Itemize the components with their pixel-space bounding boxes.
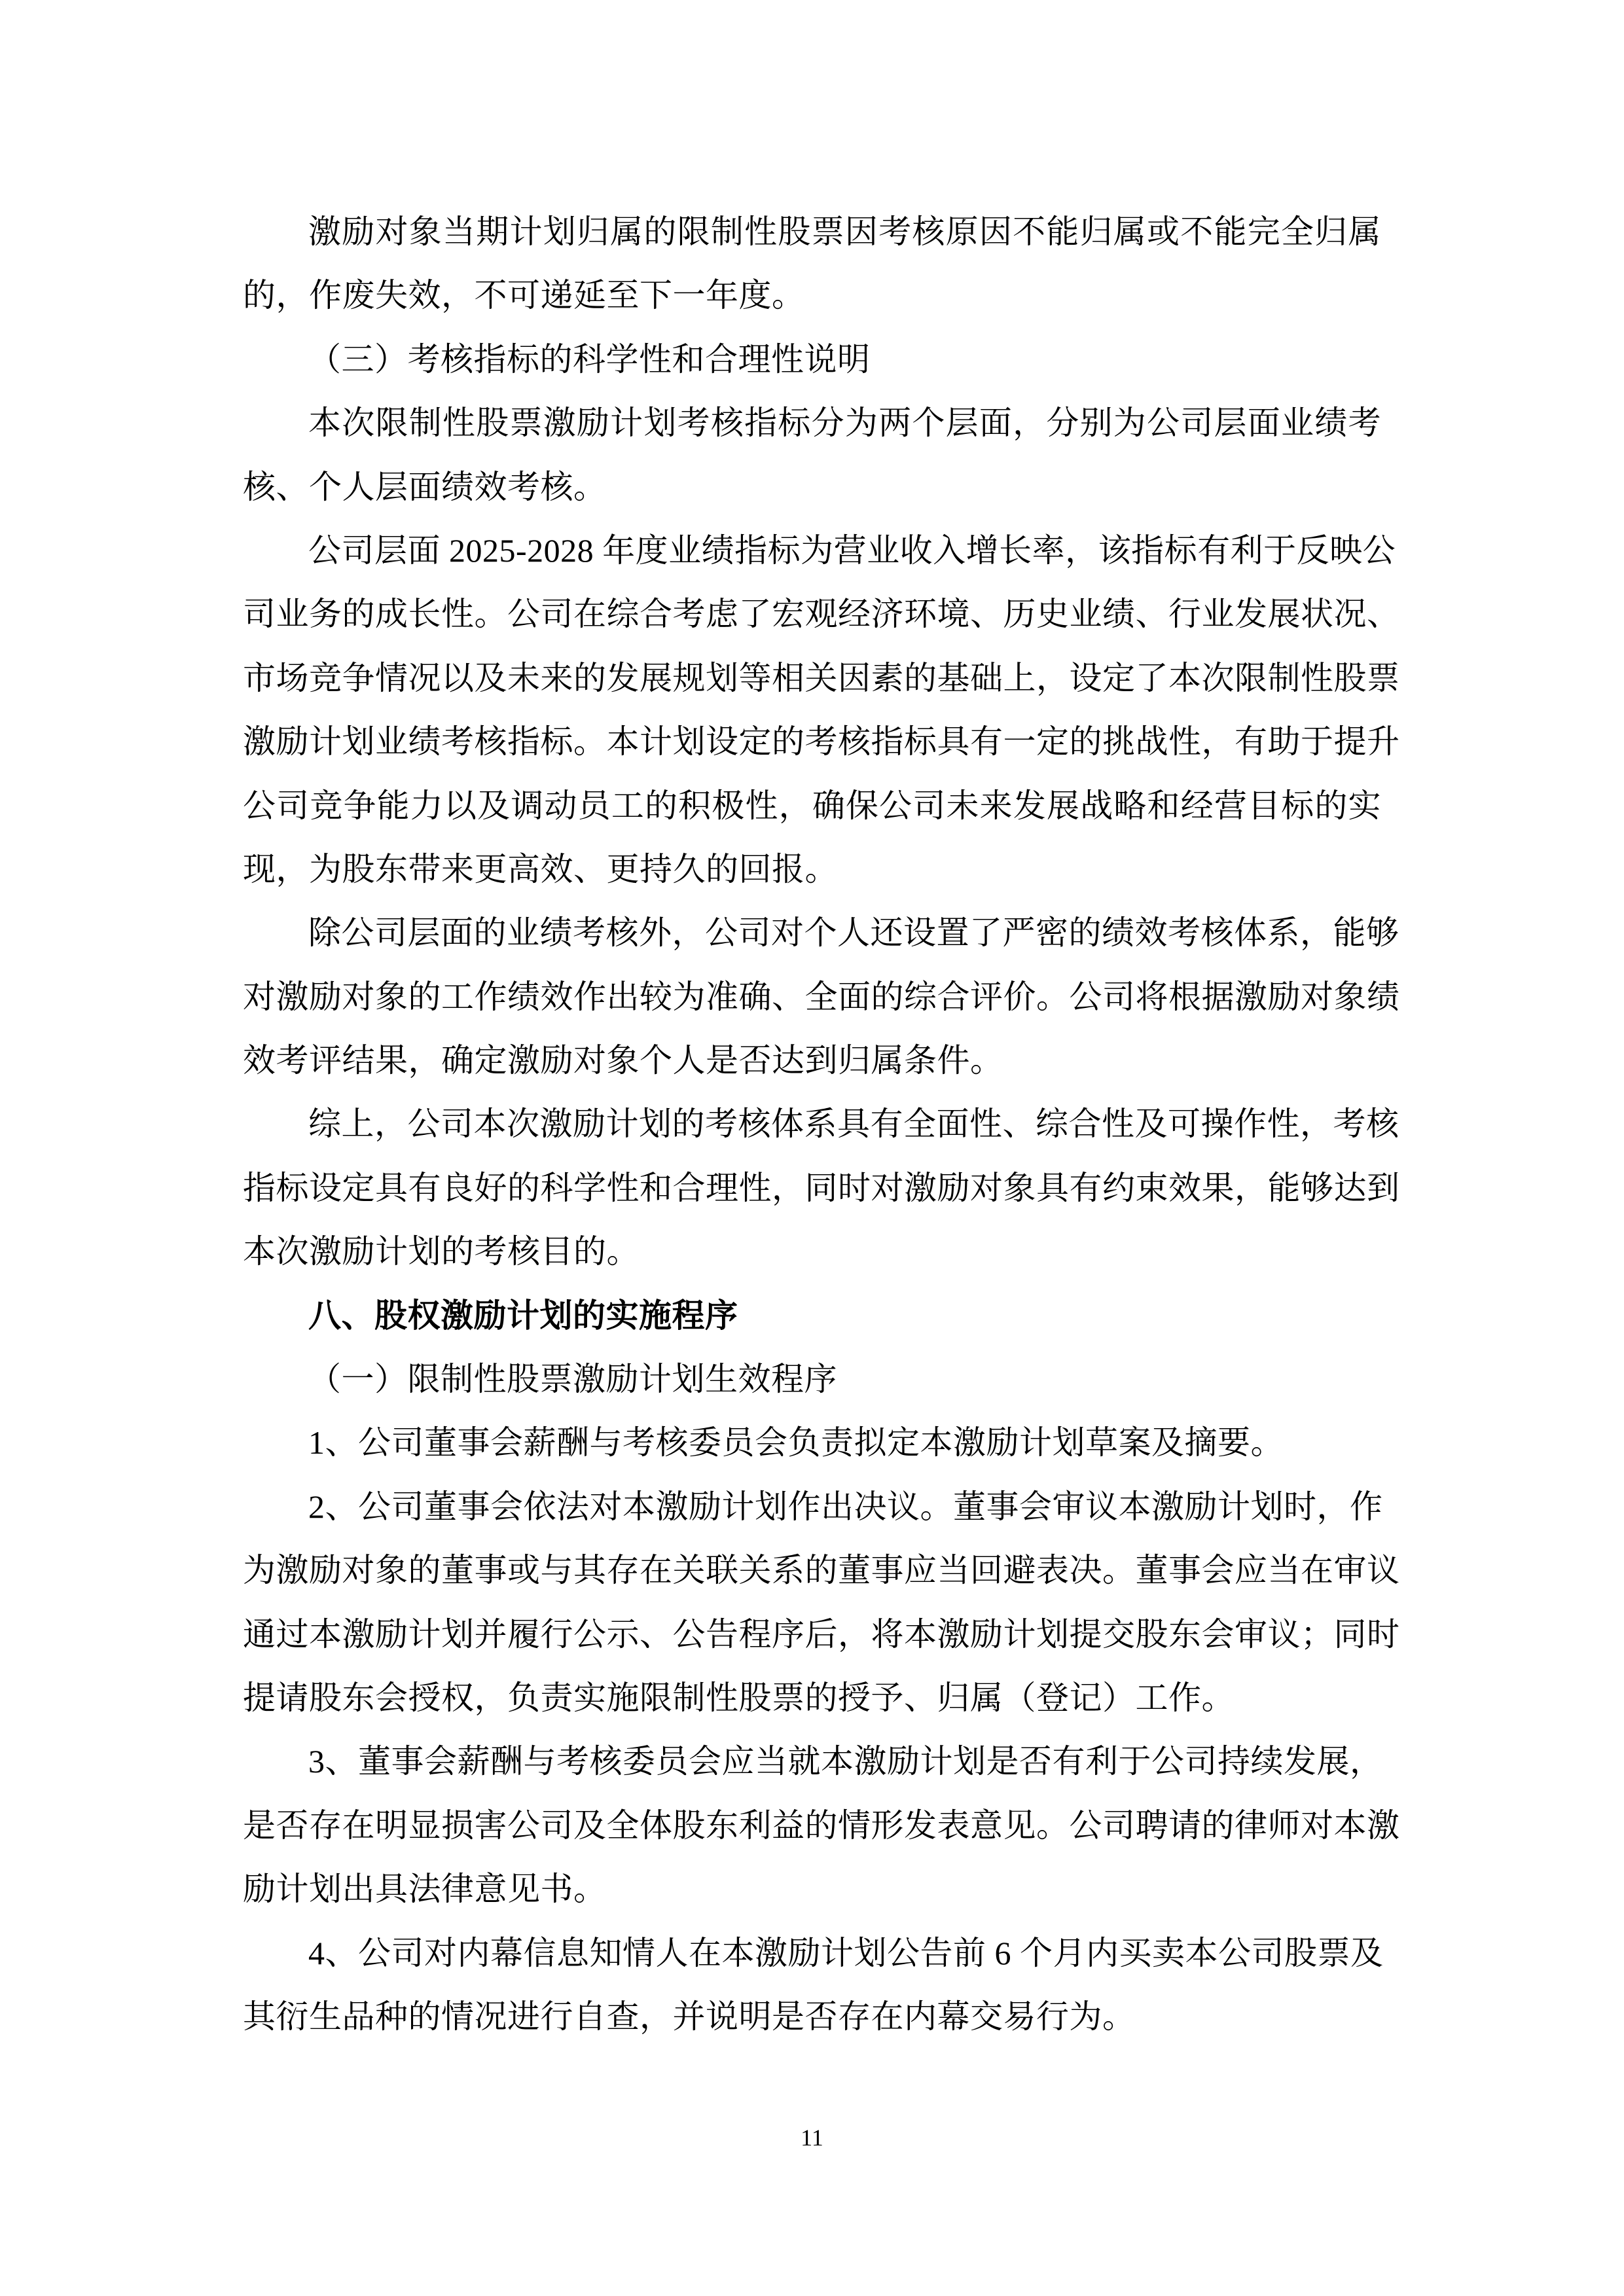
paragraph-line: 激励对象当期计划归属的限制性股票因考核原因不能归属或不能完全归属 [243,200,1381,264]
paragraph-line: 除公司层面的业绩考核外，公司对个人还设置了严密的绩效考核体系，能够 [243,901,1381,965]
paragraph-line: 的，作废失效，不可递延至下一年度。 [243,264,1381,327]
subsection-heading: （三）考核指标的科学性和合理性说明 [243,328,1381,391]
document-page: 激励对象当期计划归属的限制性股票因考核原因不能归属或不能完全归属 的，作废失效，… [0,0,1624,2296]
list-item-line: 通过本激励计划并履行公示、公告程序后，将本激励计划提交股东会审议；同时 [243,1603,1381,1666]
list-item-line: 为激励对象的董事或与其存在关联关系的董事应当回避表决。董事会应当在审议 [243,1539,1381,1602]
list-item-line: 1、公司董事会薪酬与考核委员会负责拟定本激励计划草案及摘要。 [243,1411,1381,1475]
list-item-line: 其衍生品种的情况进行自查，并说明是否存在内幕交易行为。 [243,1985,1381,2049]
list-item-line: 励计划出具法律意见书。 [243,1857,1381,1921]
paragraph-line: 对激励对象的工作绩效作出较为准确、全面的综合评价。公司将根据激励对象绩 [243,965,1381,1029]
subsection-heading: （一）限制性股票激励计划生效程序 [243,1348,1381,1411]
paragraph-line: 激励计划业绩考核指标。本计划设定的考核指标具有一定的挑战性，有助于提升 [243,710,1381,774]
paragraph-line: 指标设定具有良好的科学性和合理性，同时对激励对象具有约束效果，能够达到 [243,1157,1381,1220]
paragraph-line: 综上，公司本次激励计划的考核体系具有全面性、综合性及可操作性，考核 [243,1092,1381,1156]
paragraph-line: 核、个人层面绩效考核。 [243,456,1381,519]
paragraph-line: 公司竞争能力以及调动员工的积极性，确保公司未来发展战略和经营目标的实 [243,774,1381,838]
paragraph-line: 本次限制性股票激励计划考核指标分为两个层面，分别为公司层面业绩考 [243,391,1381,455]
list-item-line: 3、董事会薪酬与考核委员会应当就本激励计划是否有利于公司持续发展， [243,1730,1381,1793]
page-number: 11 [0,2123,1624,2152]
paragraph-line: 现，为股东带来更高效、更持久的回报。 [243,838,1381,901]
list-item-line: 4、公司对内幕信息知情人在本激励计划公告前 6 个月内买卖本公司股票及 [243,1922,1381,1985]
list-item-line: 提请股东会授权，负责实施限制性股票的授予、归属（登记）工作。 [243,1666,1381,1730]
paragraph-line: 市场竞争情况以及未来的发展规划等相关因素的基础上，设定了本次限制性股票 [243,647,1381,710]
document-body: 激励对象当期计划归属的限制性股票因考核原因不能归属或不能完全归属 的，作废失效，… [243,200,1381,2049]
section-heading: 八、股权激励计划的实施程序 [243,1284,1381,1348]
paragraph-line: 公司层面 2025-2028 年度业绩指标为营业收入增长率，该指标有利于反映公 [243,519,1381,583]
list-item-line: 2、公司董事会依法对本激励计划作出决议。董事会审议本激励计划时，作 [243,1475,1381,1539]
paragraph-line: 本次激励计划的考核目的。 [243,1220,1381,1283]
paragraph-line: 效考评结果，确定激励对象个人是否达到归属条件。 [243,1029,1381,1092]
paragraph-line: 司业务的成长性。公司在综合考虑了宏观经济环境、历史业绩、行业发展状况、 [243,583,1381,646]
list-item-line: 是否存在明显损害公司及全体股东利益的情形发表意见。公司聘请的律师对本激 [243,1794,1381,1857]
